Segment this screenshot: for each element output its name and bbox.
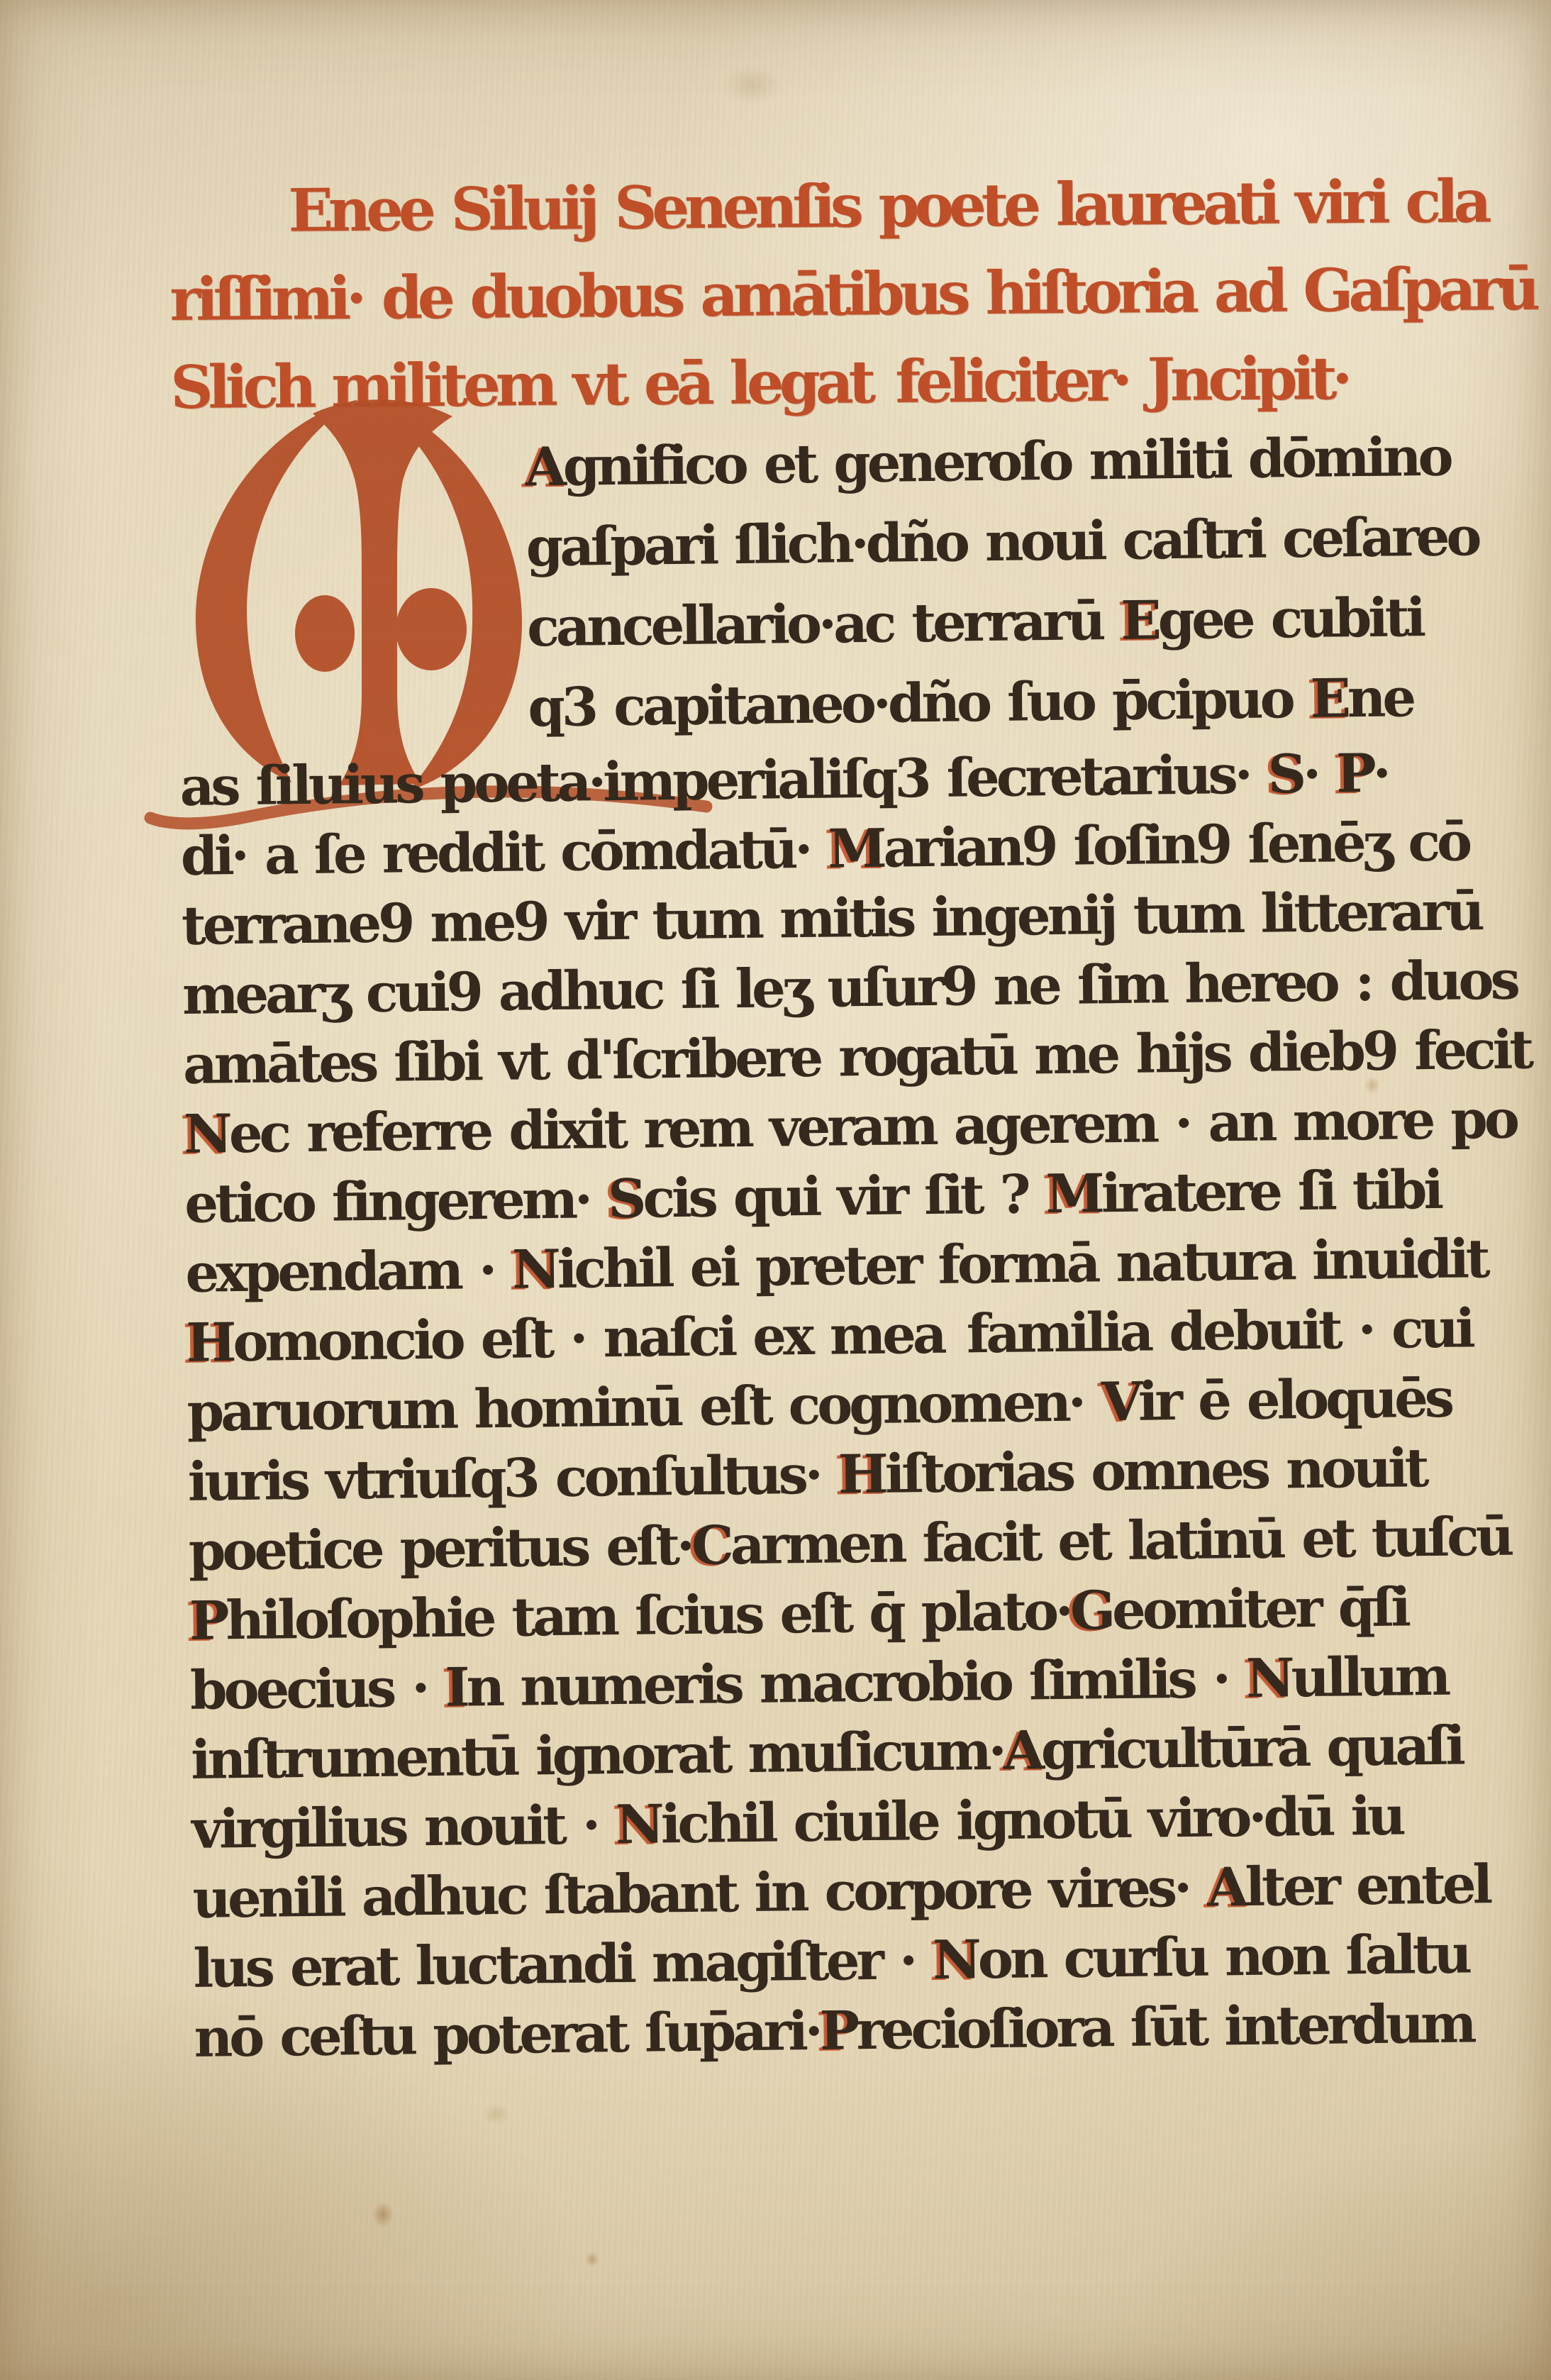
text-segment: eomiter q̄ſi	[1112, 1576, 1408, 1642]
text-segment: gee cubiti	[1157, 586, 1423, 651]
text-segment: S	[1267, 743, 1303, 806]
text-segment: I	[445, 1656, 467, 1718]
text-segment: E	[1310, 667, 1347, 730]
text-segment: mearʒ cui9 adhuc ſi leʒ uſur9 ne ſim her…	[182, 949, 1518, 1026]
text-segment: armen facit et latinū et tuſcū	[730, 1505, 1511, 1576]
text-line: cancellario·ac terrarū Egee cubiti	[527, 577, 1434, 668]
text-segment: hiloſophie tam ſcius eſt q̄ plato·	[226, 1580, 1071, 1652]
text-segment: P	[189, 1589, 226, 1652]
body-text: Agnifico et generoſo militi dōminogaſpar…	[176, 417, 1450, 2073]
text-segment: ·	[1372, 742, 1388, 804]
text-line: gaſpari ſlich·dño noui caſtri ceſareo	[526, 497, 1433, 587]
text-segment: ir ē eloquēs	[1138, 1367, 1451, 1433]
text-segment: recioſiora ſūt interdum	[856, 1992, 1474, 2061]
text-segment: ullum	[1291, 1645, 1447, 1709]
text-segment: V	[1101, 1371, 1139, 1434]
text-segment: gaſpari ſlich·dño noui caſtri ceſareo	[526, 505, 1479, 578]
text-line: nō ceſtu poterat ſup̄ari·Precioſiora ſūt…	[194, 1989, 1450, 2073]
text-segment: gricultūrā quaſi	[1040, 1715, 1462, 1782]
text-segment: riſſimi· de duobus amātibus hiſtoria ad …	[169, 254, 1535, 334]
text-segment: N	[1246, 1646, 1292, 1710]
incunable-page: Enee Siluij Senenſis poete laureati viri…	[0, 0, 1551, 2380]
text-segment: virgilius nouit ·	[191, 1793, 616, 1861]
text-segment: boecius ·	[190, 1656, 445, 1722]
text-segment: P	[819, 1999, 856, 2062]
text-segment: cancellario·ac terrarū	[527, 590, 1121, 658]
text-segment: etico fingerem·	[184, 1168, 608, 1235]
text-segment: amātes ſibi vt d'ſcribere rogatū me hijs…	[183, 1018, 1531, 1096]
text-segment: S	[608, 1168, 643, 1231]
text-segment: lus erat luctandi magiſter ·	[193, 1929, 933, 2000]
text-segment: on curſu non ſaltu	[977, 1922, 1469, 1991]
text-segment: A	[1207, 1856, 1245, 1919]
text-segment: arian9 ſoſin9 ſenēʒ cō	[883, 810, 1469, 879]
text-segment: terrane9 me9 vir tum mitis ingenij tum l…	[181, 880, 1481, 957]
text-segment: iſtorias omnes nouit	[884, 1437, 1425, 1505]
text-segment: cis qui vir ſit ?	[643, 1163, 1046, 1229]
text-segment: P	[1336, 742, 1373, 805]
text-segment: lter entel	[1245, 1853, 1490, 1918]
text-segment: as ſiluius poeta·imperialiſq3 ſecretariu…	[179, 743, 1268, 818]
text-segment: ichil ciuile ignotū viro·dū iu	[660, 1785, 1403, 1856]
text-segment: N	[933, 1928, 979, 1991]
text-line: Agnifico et generoſo militi dōmino	[525, 417, 1432, 507]
text-segment: ·	[1303, 742, 1337, 805]
text-segment: M	[1045, 1162, 1101, 1225]
text-segment: gnifico et generoſo militi dōmino	[562, 426, 1450, 498]
text-line: q3 capitaneo·dño ſuo p̄cipuo Ene	[528, 658, 1435, 748]
text-segment: ne	[1347, 666, 1413, 729]
text-segment: N	[616, 1793, 662, 1856]
text-segment: iuris vtriuſq3 conſultus·	[187, 1444, 838, 1513]
text-segment: G	[1070, 1579, 1113, 1642]
text-segment: N	[512, 1238, 558, 1301]
text-segment: A	[525, 436, 563, 499]
text-segment: n numeris macrobio ſimilis ·	[466, 1647, 1246, 1718]
text-segment: uenili adhuc ſtabant in corpore vires·	[192, 1856, 1208, 1930]
text-segment: q3 capitaneo·dño ſuo p̄cipuo	[528, 668, 1311, 739]
text-segment: omoncio eſt · naſci ex mea familia debui…	[233, 1297, 1472, 1373]
text-segment: C	[691, 1514, 731, 1577]
text-segment: inſtrumentū ignorat muſicum·	[191, 1720, 1004, 1791]
text-segment: ichil ei preter formā natura inuidit	[557, 1227, 1487, 1300]
text-segment: di· a ſe reddit cōmdatū·	[180, 818, 828, 887]
heading-line: Enee Siluij Senenſis poete laureati viri…	[169, 157, 1418, 255]
text-segment: H	[186, 1311, 233, 1374]
text-segment: H	[838, 1443, 885, 1506]
heading-line: riſſimi· de duobus amātibus hiſtoria ad …	[169, 245, 1418, 343]
text-segment: M	[828, 817, 884, 880]
text-segment: A	[1003, 1719, 1041, 1782]
text-segment: expendam ·	[185, 1239, 513, 1305]
text-segment: iratere ſi tibi	[1101, 1158, 1440, 1224]
text-segment: paruorum hominū eſt cognomen·	[187, 1371, 1101, 1444]
text-segment: E	[1121, 589, 1158, 652]
text-segment: N	[184, 1102, 230, 1166]
text-segment: Enee Siluij Senenſis poete laureati viri…	[288, 166, 1486, 245]
text-segment: poetice peritus eſt·	[188, 1515, 691, 1583]
text-segment: nō ceſtu poterat ſup̄ari·	[194, 2000, 820, 2069]
text-segment: ec referre dixit rem veram agerem · an m…	[228, 1088, 1516, 1166]
